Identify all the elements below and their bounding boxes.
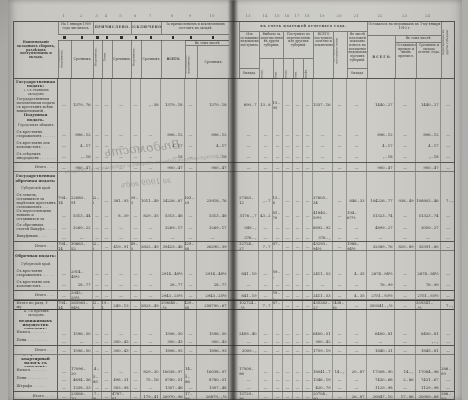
table-cell [141,172,161,185]
table-cell: 26879 – „½ [197,392,229,400]
table-cell [141,251,161,261]
table-cell: — [347,222,367,233]
table-cell: 24226 – 87 [161,192,185,208]
header-cell-gB2: Пени. [293,58,303,79]
column-number: 3 [95,13,98,18]
table-cell [71,122,93,129]
table-cell: — [259,337,273,345]
table-cell [416,310,441,317]
table-cell [239,79,259,89]
header-cell-gB: Поступило по перечисленію изъ другихъ гу… [283,32,313,58]
table-cell [93,310,102,317]
table-cell [313,355,333,367]
table-cell: — [131,140,141,151]
table-cell: 13 – 8 [259,96,273,113]
table-cell: — [273,233,283,241]
table-cell: — [185,329,197,337]
table-cell [102,113,112,122]
table-cell: — [395,233,416,241]
table-cell [293,79,303,89]
column-number: 7 [149,13,152,18]
table-cell [239,185,259,192]
table-cell: — [347,375,367,383]
table-cell: — [259,151,273,162]
table-cell [259,79,273,89]
unit-mark [190,36,193,39]
table-cell: 841 – 19 [239,291,259,299]
table-cell: — [259,233,273,241]
table-cell [131,113,141,122]
column-number: 19 [319,13,324,18]
table-cell: — [283,375,293,383]
table-cell: 1379 – 18 [161,96,185,113]
table-cell [416,79,441,89]
table-cell [333,310,347,317]
table-cell [259,251,273,261]
table-cell: 59 – „ [273,268,283,279]
table-cell: 3822 – 49 [141,242,161,250]
row-label: Государственная поземельная подать съ кр… [14,96,58,113]
table-cell: 249 – 13 [131,242,141,250]
table-cell [367,79,395,89]
row-label: Государственная оброчная подать: [14,172,58,185]
table-cell: — [313,151,333,162]
table-cell: — [93,329,102,337]
table-cell [259,89,273,96]
table-cell: 794 – 14 [58,301,71,309]
table-cell: 286 – 59 [441,367,455,375]
table-cell [58,261,71,268]
table-cell: 381 – 93 [112,192,131,208]
table-cell: 4 – 17 [367,140,395,151]
table-cell [441,310,455,317]
scanned-ledger-page: 12345678910131415161718192021222324 Наим… [0,0,468,400]
table-cell [303,310,313,317]
header-cell-c9: Оставшихся недоимокъ. [185,46,197,79]
table-cell [259,185,273,192]
table-cell: — [303,222,313,233]
table-cell [102,185,112,192]
table-cell: 376 – „ [239,233,259,241]
table-cell [112,113,131,122]
table-cell [303,185,313,192]
table-cell: 286 – 59 [441,392,455,400]
table-cell [283,261,293,268]
table-cell: — [303,329,313,337]
table-cell: — [303,151,313,162]
table-cell [416,89,441,96]
table-cell: — [293,96,303,113]
table-cell: — [185,163,197,171]
table-cell: 1440 – 27 [367,96,395,113]
table-cell [112,261,131,268]
table-cell: 4787 – 81 [112,392,131,400]
table-cell: — [131,329,141,337]
table-cell: 4 – 17 [416,140,441,151]
table-cell: 2674 – 94½ [416,268,441,279]
table-cell: — [102,291,112,299]
table-cell: — [333,242,347,250]
table-cell [102,251,112,261]
table-cell [185,251,197,261]
table-cell: — [395,329,416,337]
table-cell: 2943 – 25½ [197,291,229,299]
table-cell [197,317,229,329]
table-cell: — [273,163,283,171]
table-cell [283,317,293,329]
header-cell-c23: Исключено и перечислено въ другія губерн… [441,22,455,79]
table-cell: 1759 – 19 [313,346,333,354]
table-cell [71,79,93,89]
column-number: 17 [294,13,299,18]
table-cell: 8780 – 51 [197,375,229,383]
table-cell: — [259,163,273,171]
table-cell: — [347,233,367,241]
column-number: 22 [377,13,382,18]
table-cell: — [293,346,303,354]
table-cell: — [395,129,416,140]
table-cell: 938 – 49 [395,192,416,208]
table-cell [161,185,185,192]
table-cell [131,251,141,261]
table-cell: — [273,151,283,162]
table-cell: — [185,291,197,299]
table-cell [333,113,347,122]
table-cell [197,185,229,192]
table-cell [185,79,197,89]
row-label: Городскихъ мѣщанъ: [14,122,58,129]
table-cell [185,261,197,268]
table-cell: — [283,163,293,171]
column-number: 21 [353,13,358,18]
table-cell: 23066 – 70 [71,392,93,400]
table-cell: — [283,291,293,299]
table-cell: 16038 – 97 [161,367,185,375]
table-cell: — [333,337,347,345]
row-label: Налога . . . . . . . [14,329,58,337]
table-cell: 20909 – 68 [416,392,441,400]
header-cell-c17: ВСЕГО поступило, зачтено и исключено. [313,32,333,79]
table-cell: — [58,346,71,354]
table-cell: — [283,151,293,162]
table-cell: 900 – 47 [161,163,185,171]
table-cell: „ – „ [416,337,441,345]
table-cell: — [112,140,131,151]
table-cell: — [333,392,347,400]
table-cell: 2751 – 93½ [416,291,441,299]
row-label: Съ крестьянъ старожиловъ . . . . . . [14,129,58,140]
table-cell: — [93,151,102,162]
table-cell: 16038 – 97 [197,367,229,375]
table-cell: — [141,383,161,391]
table-cell [313,122,333,129]
unit-mark [63,36,66,39]
table-cell: — [441,346,455,354]
table-cell: — [185,151,197,162]
table-cell [197,251,229,261]
table-cell: — [283,129,293,140]
table-cell: — [441,337,455,345]
table-cell [112,251,131,261]
table-cell [273,89,283,96]
table-cell [395,317,416,329]
table-cell: 2914 – 48½ [161,268,185,279]
header-cell-c10: Срочныхъ. [197,46,229,79]
row-label: Итого . . . [14,346,58,354]
table-cell: 5313 – 44 [71,208,93,222]
table-cell: 7 – „ [441,192,455,208]
row-label: Съ переселенцевъ новыхъ и оставшихся за … [14,208,58,222]
table-cell: — [93,383,102,391]
table-cell [273,251,283,261]
table-cell [185,122,197,129]
table-cell [347,251,367,261]
table-cell: 2943 – 25½ [161,291,185,299]
table-cell: 81 – 70 [273,208,283,222]
table-cell: — [58,163,71,171]
table-cell: — [313,140,333,151]
table-cell: 20847 – 10 [367,392,395,400]
table-cell: — [347,140,367,151]
table-cell: — [273,375,283,383]
table-cell: — [141,222,161,233]
table-cell: — [441,233,455,241]
table-cell [441,185,455,192]
column-number: 2 [80,13,83,18]
table-cell: 300 – 43 [161,337,185,345]
table-cell: — [273,337,283,345]
table-cell: — [283,337,293,345]
table-cell: — [293,301,303,309]
header-cell-g3: ИСКЛЮЧЕНО. [131,22,161,35]
table-cell: — [131,346,141,354]
table-cell: 2914 – 48½ [197,268,229,279]
table-cell: — [293,140,303,151]
table-cell: — [347,129,367,140]
table-cell [303,355,313,367]
table-cell: — [112,151,131,162]
table-cell: 359341 – „½ [367,301,395,309]
table-cell [71,310,93,317]
table-cell: — [367,233,395,241]
table-cell: 1379 – 76 [71,96,93,113]
table-cell: 6400 – 51 [313,329,333,337]
table-cell: — [293,222,303,233]
table-cell: — [395,163,416,171]
table-cell [161,172,185,185]
table-cell: — [112,329,131,337]
table-cell [185,172,197,185]
table-cell: 8892 – 92 [313,222,333,233]
table-cell: — [141,346,161,354]
table-cell: — [58,392,71,400]
table-cell [395,310,416,317]
table-cell [58,113,71,122]
table-cell: — [283,208,293,222]
table-cell [416,113,441,122]
table-cell [273,261,283,268]
table-cell [273,122,283,129]
table-cell: 26290 – 39 [197,242,229,250]
table-cell [141,355,161,367]
table-cell [239,317,259,329]
table-cell: 829 – 35 [141,208,161,222]
table-cell: — [303,346,313,354]
column-number: 20 [336,13,341,18]
table-cell [239,261,259,268]
table-cell [161,89,185,96]
table-cell: 28 – 77 [161,279,185,290]
table-cell [131,355,141,367]
table-cell: — [347,279,367,290]
table-cell: — [58,208,71,222]
table-cell: — [303,291,313,299]
row-label: Итого . . . . [14,392,58,400]
table-cell [71,251,93,261]
table-cell [102,79,112,89]
header-cell-c11a: Изъ оставшихся недоимокъ поступило. [239,32,259,68]
table-cell: — [259,383,273,391]
table-cell: — [141,163,161,171]
table-cell [239,122,259,129]
table-cell: 17096 – 20 [71,367,93,375]
table-cell: — [333,383,347,391]
table-cell: — [395,279,416,290]
table-cell [197,310,229,317]
table-cell: — [313,163,333,171]
table-cell [259,261,273,268]
table-cell [333,185,347,192]
table-cell [112,310,131,317]
table-cell: — [293,151,303,162]
table-cell: — [416,233,441,241]
table-cell: 7430 – 68 [367,375,395,383]
table-cell: — [131,129,141,140]
table-cell: — [303,192,313,208]
table-cell: — [141,233,161,241]
table-cell: 17 – 86 [395,392,416,400]
table-cell: 1596 – 50 [197,329,229,337]
table-cell [131,261,141,268]
table-cell: — [102,392,112,400]
table-cell: 300 – 43 [112,337,131,345]
table-cell: — [141,140,161,151]
table-cell [259,317,273,329]
table-cell [347,89,367,96]
table-cell: — [58,279,71,290]
table-cell: 300 – 43 [112,346,131,354]
table-cell [185,317,197,329]
table-cell: 76 – 99 [367,279,395,290]
table-cell [161,122,185,129]
table-cell: 1379 – 18 [197,96,229,113]
table-cell: — [333,329,347,337]
table-cell [185,89,197,96]
table-cell: — [347,337,367,345]
table-cell [58,251,71,261]
table-cell: — [347,163,367,171]
table-cell: — [58,375,71,383]
table-cell [303,172,313,185]
table-cell: — [441,375,455,383]
table-cell: — [58,337,71,345]
table-cell: — [273,367,283,375]
header-cell-g2: ПРИЧИСЛЕНО. [93,22,131,35]
table-cell [273,317,283,329]
table-cell [416,122,441,129]
table-cell: — [333,192,347,208]
table-cell [93,185,102,192]
table-cell: — [93,163,102,171]
table-cell [283,185,293,192]
table-cell: — [259,329,273,337]
table-cell: — [239,375,259,383]
table-cell: „ – 18 [367,151,395,162]
table-cell: — [102,96,112,113]
table-cell [303,317,313,329]
table-cell: — [102,222,112,233]
table-cell [131,310,141,317]
row-label: II. Съ прочихъ окладовъ. [14,310,58,317]
table-cell: — [58,140,71,151]
table-cell: — [283,96,293,113]
table-cell: — [395,96,416,113]
table-cell: — [259,129,273,140]
table-cell: — [441,242,455,250]
table-cell: — [259,392,273,400]
table-cell [102,122,112,129]
table-cell: — [283,383,293,391]
table-cell: — [112,163,131,171]
header-cell-g4: За причисленіемъ и исключеніемъ состоитъ… [161,22,229,35]
book-gutter-shadow [228,0,238,400]
table-cell: — [102,329,112,337]
table-cell: — [259,346,273,354]
table-cell [416,355,441,367]
table-cell [71,355,93,367]
table-cell: 59 – „ [273,291,283,299]
table-cell: — [273,346,283,354]
table-cell [102,317,112,329]
table-cell: 4 – 17 [161,140,185,151]
table-cell [58,355,71,367]
table-cell [259,355,273,367]
table-cell: — [185,346,197,354]
table-cell [333,251,347,261]
table-cell [239,310,259,317]
table-cell [441,79,455,89]
table-cell: — [367,337,395,345]
table-cell [441,122,455,129]
row-label: Оброчная подать: [14,251,58,261]
table-cell: 108803 – 46 [416,192,441,208]
table-cell: 1338 – 33 [71,383,93,391]
table-cell: — [131,383,141,391]
table-cell: 258790 – 67 [197,301,229,309]
table-cell [293,185,303,192]
table-cell [102,355,112,367]
table-cell: — [441,140,455,151]
table-cell: — [441,163,455,171]
table-cell: 1129 – 98 [367,383,395,391]
header-cell-gB3: Штрафа. [303,58,313,79]
table-cell: — [395,151,416,162]
table-cell: — [259,268,273,279]
table-cell: 1840 – 31 [367,346,395,354]
table-cell: 841 – 19 [239,268,259,279]
table-cell: 420 – 79 [313,383,333,391]
table-cell: — [283,301,293,309]
